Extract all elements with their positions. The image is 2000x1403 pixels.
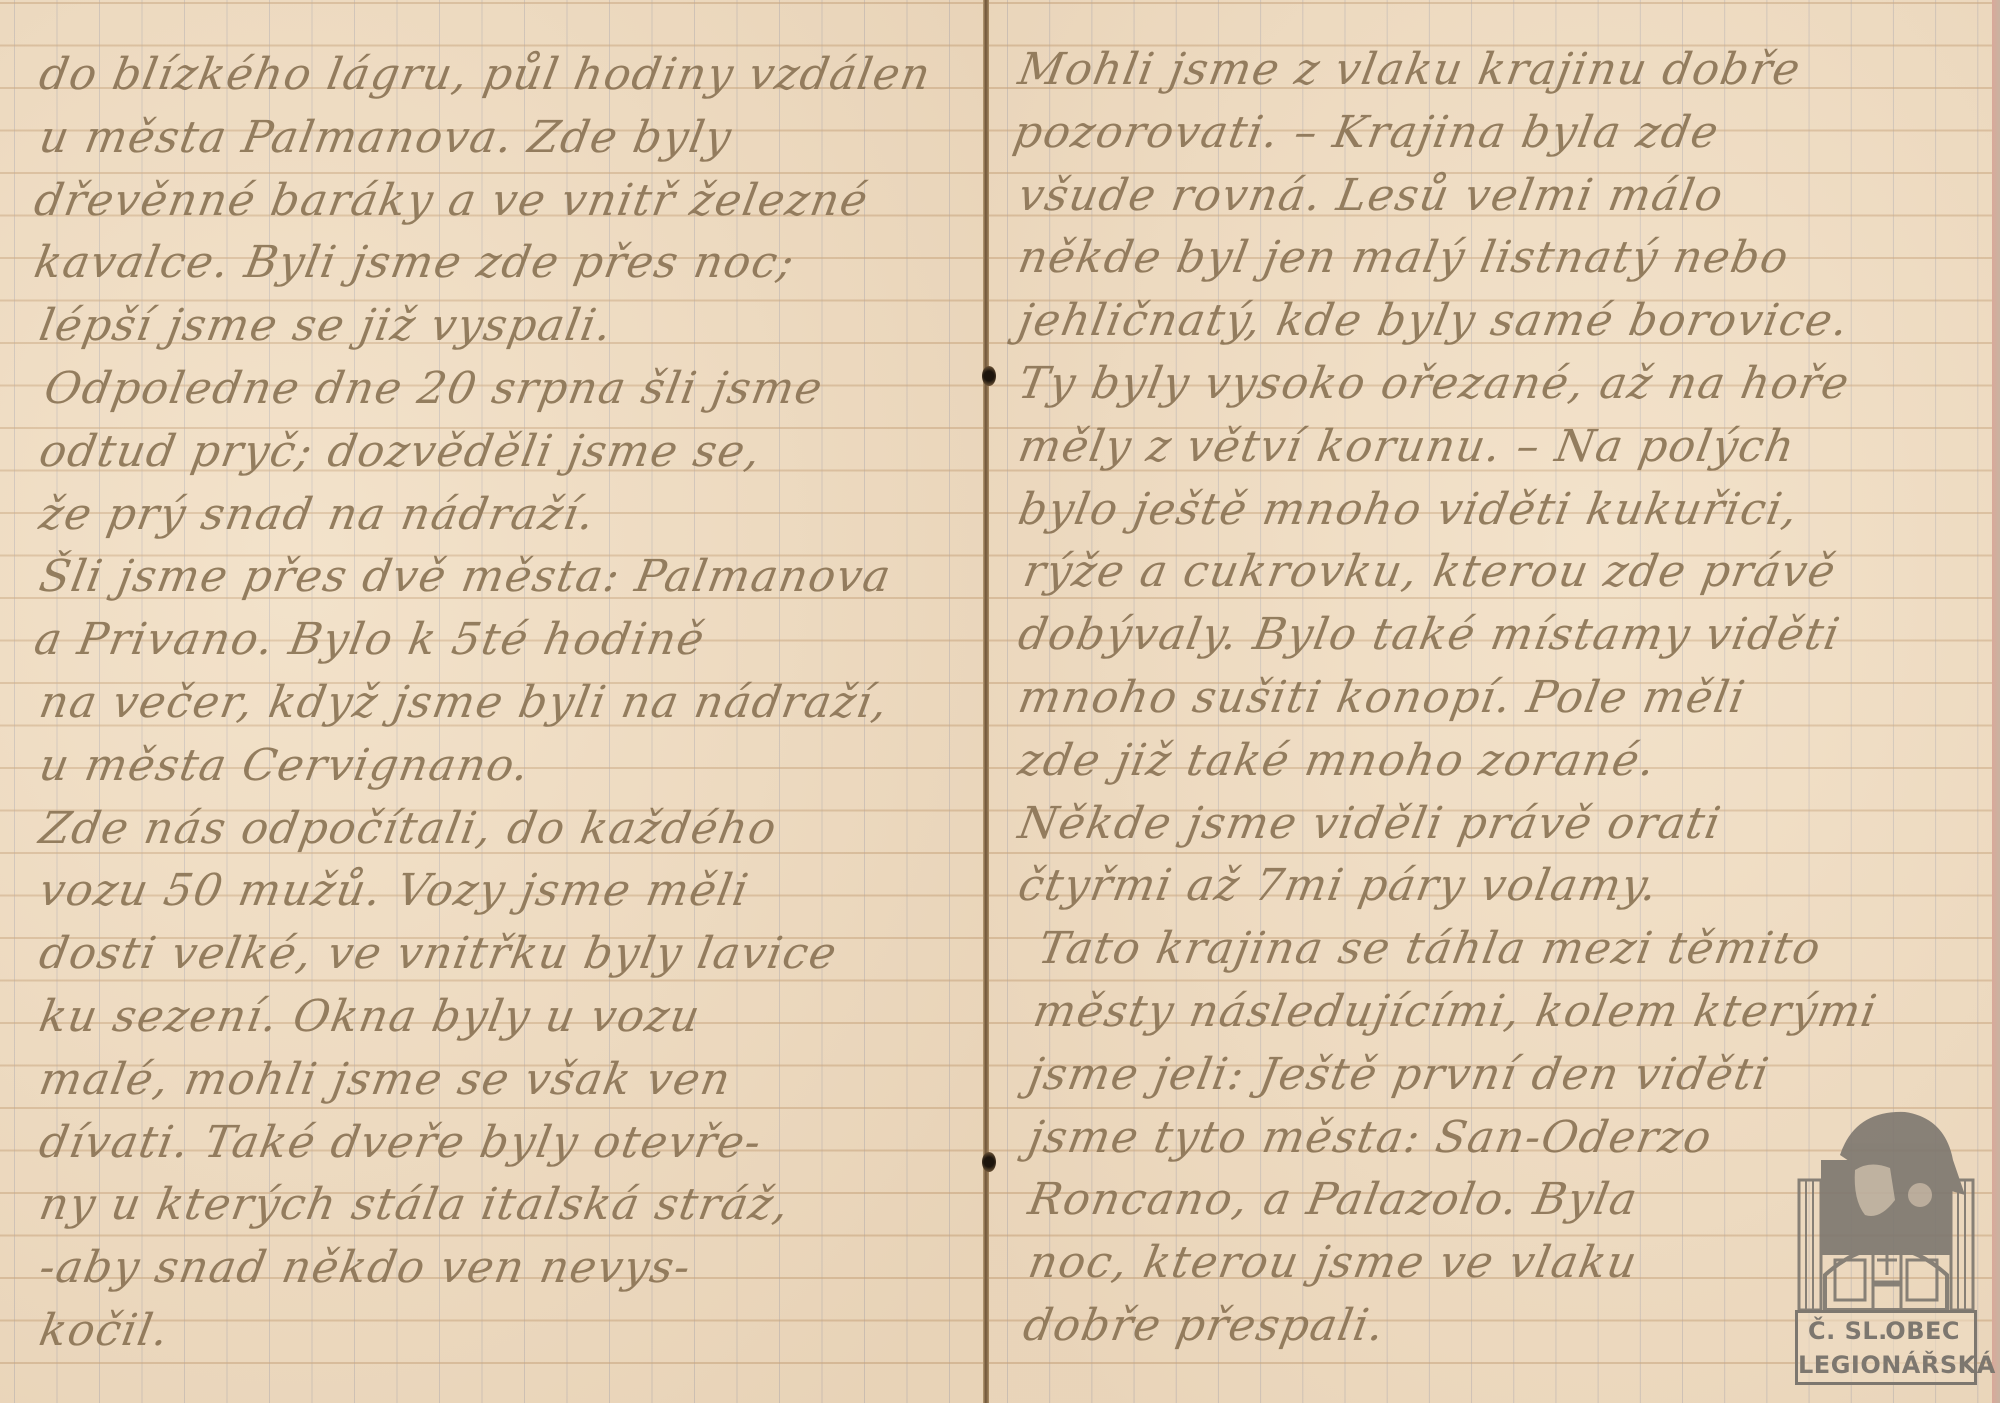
handwritten-line: jsme jeli: Ještě první den viděti xyxy=(1025,1050,1774,1100)
handwritten-line: ku sezení. Okna byly u vozu xyxy=(36,992,705,1042)
stamp-text-obec: OBEC xyxy=(1798,1317,1970,1345)
handwritten-line: čtyřmi až 7mi páry volamy. xyxy=(1015,861,1663,911)
handwritten-line: mnoho sušiti konopí. Pole měli xyxy=(1015,673,1750,723)
handwritten-line: dřevěnné baráky a ve vnitř železné xyxy=(31,176,873,226)
handwritten-line: u města Palmanova. Zde byly xyxy=(36,113,736,163)
handwritten-line: Odpoledne dne 20 srpna šli jsme xyxy=(41,364,827,414)
handwritten-line: vozu 50 mužů. Vozy jsme měli xyxy=(36,866,753,916)
handwritten-line: měly z větví korunu. – Na polých xyxy=(1015,422,1800,472)
stamp-text-legionarska: LEGIONÁŘSKÁ xyxy=(1798,1351,1980,1379)
stamp-label-box: Č. SL. OBEC LEGIONÁŘSKÁ xyxy=(1795,1310,1977,1385)
handwritten-line: zde již také mnoho zorané. xyxy=(1015,736,1660,786)
handwritten-line: že prý snad na nádraží. xyxy=(36,490,600,540)
handwritten-line: pozorovati. – Krajina byla zde xyxy=(1010,108,1724,158)
left-page: do blízkého lágru, půl hodiny vzdálenu m… xyxy=(0,0,985,1403)
handwritten-line: ny u kterých stála italská stráž, xyxy=(36,1180,794,1230)
handwritten-line: -aby snad někdo ven nevys- xyxy=(36,1243,696,1293)
handwritten-line: někde byl jen malý listnatý nebo xyxy=(1015,233,1794,283)
handwritten-line: dosti velké, ve vnitřku byly lavice xyxy=(36,929,842,979)
handwritten-line: bylo ještě mnoho viděti kukuřici, xyxy=(1015,485,1803,535)
handwritten-line: Zde nás odpočítali, do každého xyxy=(36,804,782,854)
handwritten-line: jehličnatý, kde byly samé borovice. xyxy=(1015,296,1854,346)
handwritten-line: dobře přespali. xyxy=(1020,1301,1390,1351)
handwritten-line: kavalce. Byli jsme zde přes noc; xyxy=(31,238,799,288)
handwritten-line: a Privano. Bylo k 5té hodině xyxy=(31,615,709,665)
handwritten-line: Šli jsme přes dvě města: Palmanova xyxy=(36,552,896,602)
handwritten-line: rýže a cukrovku, kterou zde právě xyxy=(1020,547,1841,597)
handwritten-line: odtud pryč; dozvěděli jsme se, xyxy=(36,427,766,477)
handwritten-line: u města Cervignano. xyxy=(36,741,534,791)
handwritten-line: lépší jsme se již vyspali. xyxy=(36,301,617,351)
handwritten-line: městy následujícími, kolem kterými xyxy=(1030,987,1882,1037)
handwritten-line: dívati. Také dveře byly otevře- xyxy=(36,1118,766,1168)
handwritten-line: Roncano, a Palazolo. Byla xyxy=(1025,1175,1642,1225)
handwritten-line: kočil. xyxy=(36,1306,174,1356)
handwritten-line: všude rovná. Lesů velmi málo xyxy=(1015,171,1728,221)
legionnaire-helmet-emblem-icon xyxy=(1795,1100,1977,1310)
handwritten-line: do blízkého lágru, půl hodiny vzdálen xyxy=(36,50,935,100)
legion-stamp-watermark: Č. SL. OBEC LEGIONÁŘSKÁ xyxy=(1795,1100,1977,1385)
handwritten-line: Někde jsme viděli právě orati xyxy=(1015,799,1726,849)
handwritten-line: jsme tyto města: San-Oderzo xyxy=(1025,1113,1717,1163)
handwritten-line: Ty byly vysoko ořezané, až na hoře xyxy=(1015,359,1854,409)
handwritten-line: dobývaly. Bylo také místamy viděti xyxy=(1015,610,1845,660)
handwritten-line: malé, mohli jsme se však ven xyxy=(36,1055,736,1105)
handwritten-line: na večer, když jsme byli na nádraží, xyxy=(36,678,893,728)
handwritten-line: Mohli jsme z vlaku krajinu dobře xyxy=(1015,45,1805,95)
handwritten-line: Tato krajina se táhla mezi těmito xyxy=(1035,924,1826,974)
handwritten-line: noc, kterou jsme ve vlaku xyxy=(1025,1238,1642,1288)
left-page-text: do blízkého lágru, půl hodiny vzdálenu m… xyxy=(0,0,985,1403)
